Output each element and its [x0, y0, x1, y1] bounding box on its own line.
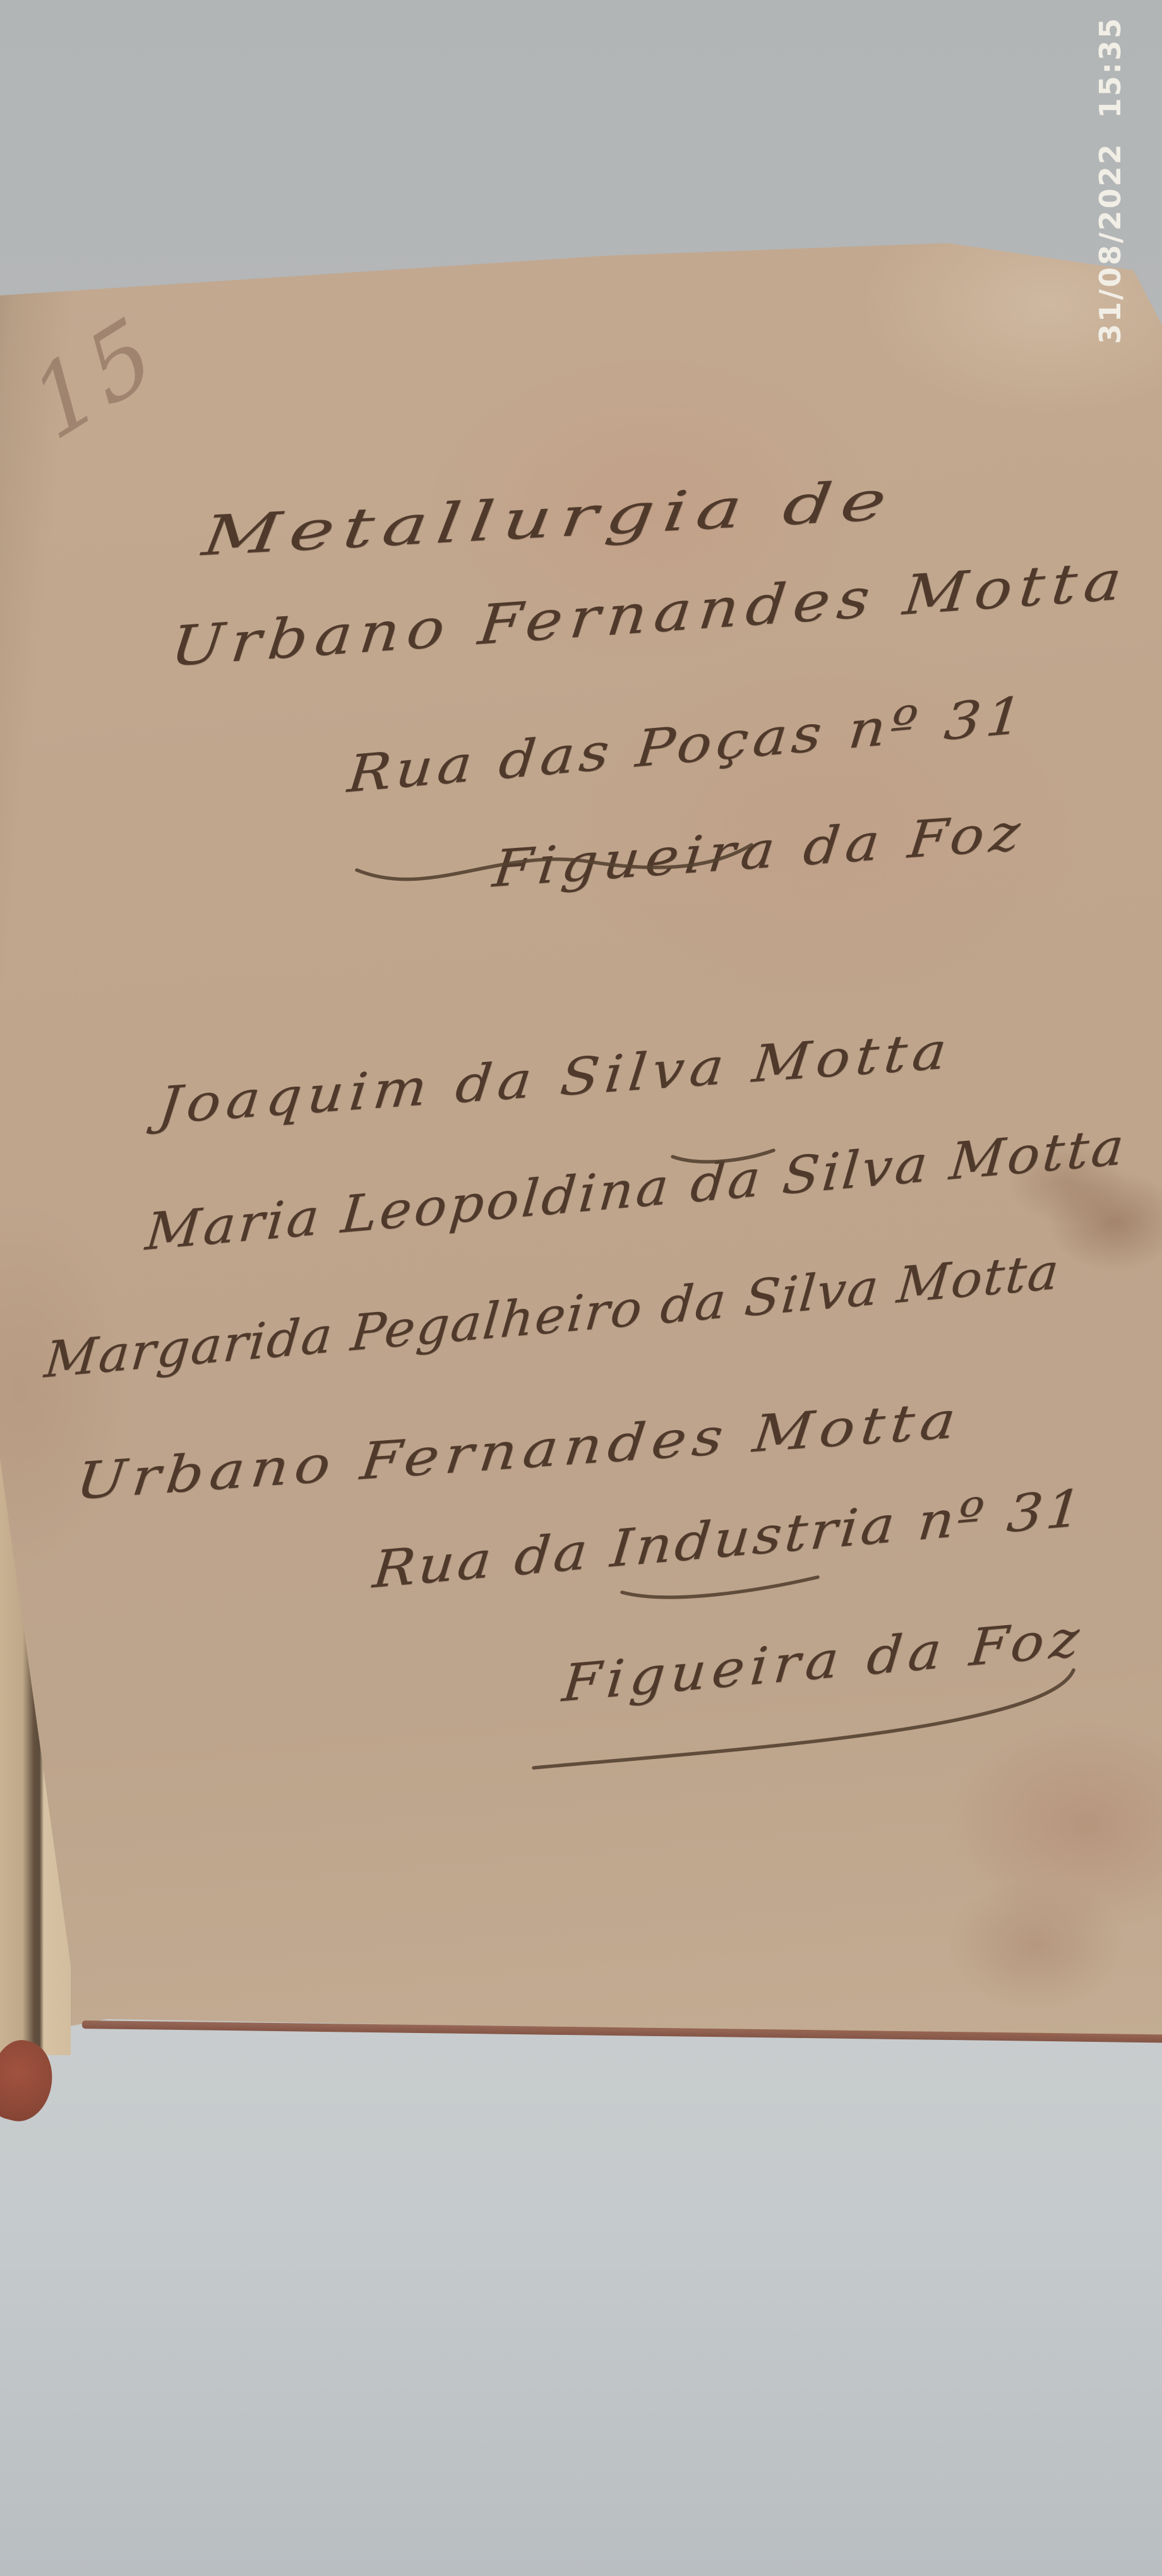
camera-timestamp: 31/08/2022 15:35	[1094, 46, 1126, 344]
table-surface	[0, 2001, 1162, 2576]
photo-scene: 15 Metallurgia de Urbano Fernandes Motta…	[0, 0, 1162, 2576]
